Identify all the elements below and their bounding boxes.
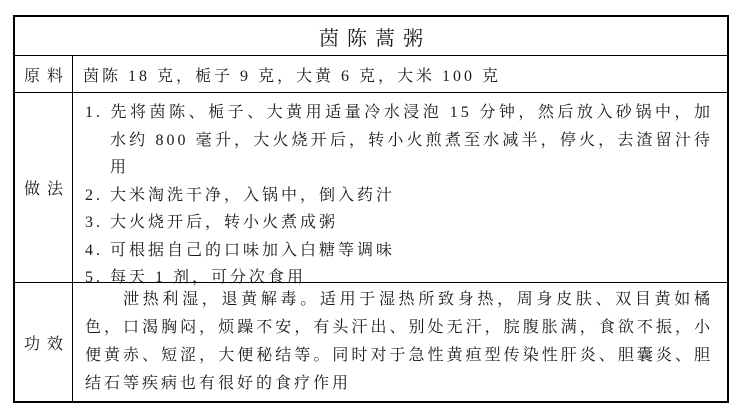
method-steps: 1. 先将茵陈、栀子、大黄用适量冷水浸泡 15 分钟，然后放入砂锅中，加水约 8… bbox=[73, 92, 727, 282]
method-step-3: 3. 大火烧开后，转小火煮成粥 bbox=[85, 209, 713, 237]
recipe-table: 茵陈蒿粥 原料 茵陈 18 克，栀子 9 克，大黄 6 克，大米 100 克 做… bbox=[13, 15, 729, 403]
effects-text: 泄热利湿，退黄解毒。适用于湿热所致身热，周身皮肤、双目黄如橘色，口渴胸闷，烦躁不… bbox=[73, 282, 727, 401]
recipe-title: 茵陈蒿粥 bbox=[15, 17, 727, 55]
method-step-2: 2. 大米淘洗干净，入锅中，倒入药汁 bbox=[85, 182, 713, 210]
ingredients-value: 茵陈 18 克，栀子 9 克，大黄 6 克，大米 100 克 bbox=[73, 55, 727, 92]
effects-label: 功效 bbox=[15, 282, 73, 401]
method-label: 做法 bbox=[15, 92, 73, 282]
ingredients-label: 原料 bbox=[15, 55, 73, 92]
method-step-1: 1. 先将茵陈、栀子、大黄用适量冷水浸泡 15 分钟，然后放入砂锅中，加水约 8… bbox=[85, 99, 713, 182]
method-step-4: 4. 可根据自己的口味加入白糖等调味 bbox=[85, 237, 713, 265]
